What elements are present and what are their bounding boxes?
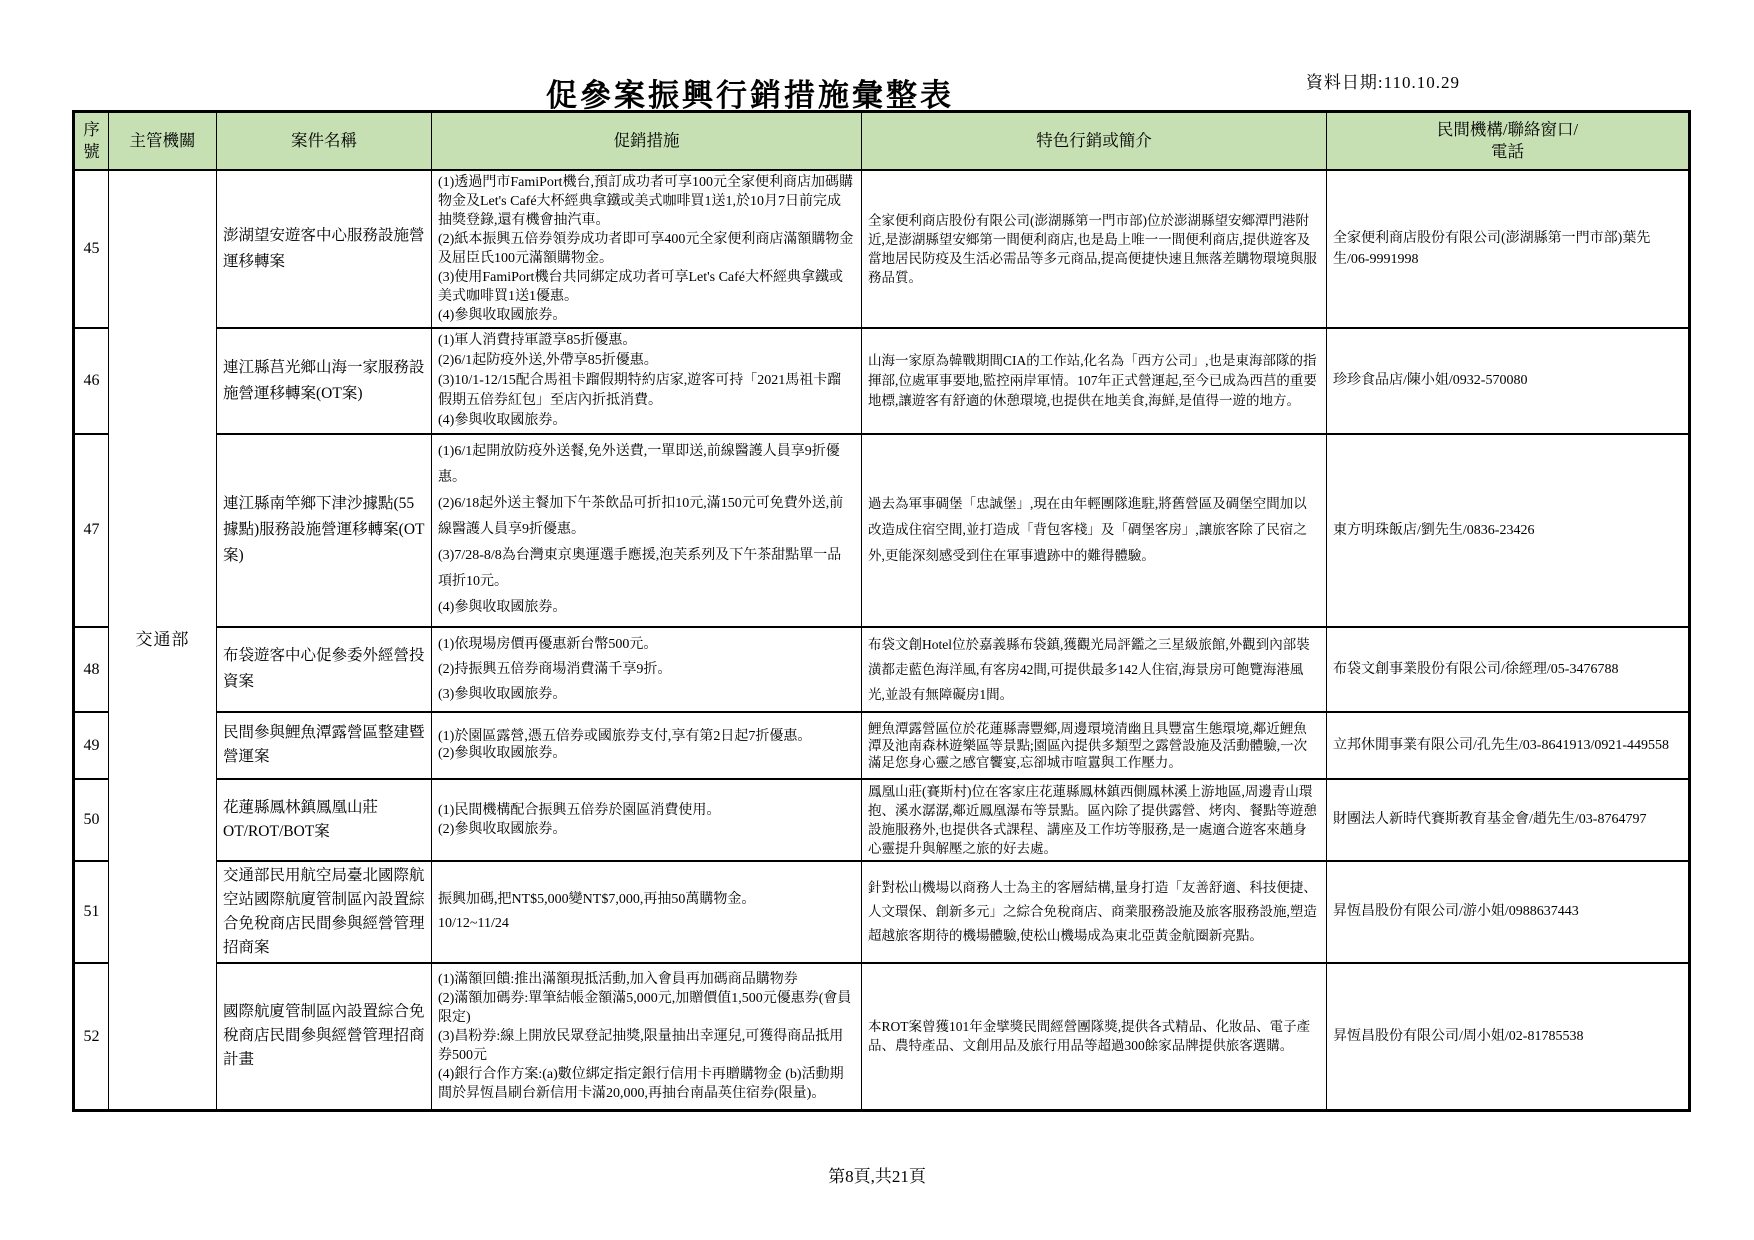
measures-cell: (1)依現場房價再優惠新台幣500元。 (2)持振興五倍券商場消費滿千享9折。 … xyxy=(432,627,862,712)
case-name-cell: 國際航廈管制區內設置綜合免稅商店民間參與經營管理招商計畫 xyxy=(217,963,432,1111)
contact-cell: 珍珍食品店/陳小姐/0932-570080 xyxy=(1327,328,1690,434)
serial-cell: 51 xyxy=(74,861,109,963)
data-date-label: 資料日期:110.10.29 xyxy=(1306,68,1460,93)
case-name-cell: 布袋遊客中心促參委外經營投資案 xyxy=(217,627,432,712)
contact-cell: 全家便利商店股份有限公司(澎湖縣第一門市部)葉先生/06-9991998 xyxy=(1327,170,1690,328)
contact-cell: 昇恆昌股份有限公司/周小姐/02-81785538 xyxy=(1327,963,1690,1111)
contact-cell: 昇恆昌股份有限公司/游小姐/0988637443 xyxy=(1327,861,1690,963)
serial-cell: 45 xyxy=(74,170,109,328)
contact-cell: 布袋文創事業股份有限公司/徐經理/05-3476788 xyxy=(1327,627,1690,712)
measures-cell: (1)滿額回饋:推出滿額現抵活動,加入會員再加碼商品購物券 (2)滿額加碼券:單… xyxy=(432,963,862,1111)
serial-cell: 46 xyxy=(74,328,109,434)
measures-cell: 振興加碼,把NT$5,000變NT$7,000,再抽50萬購物金。 10/12~… xyxy=(432,861,862,963)
summary-table: 序號 主管機關 案件名稱 促銷措施 特色行銷或簡介 民間機構/聯絡窗口/ 電話 … xyxy=(72,110,1691,1112)
agency-cell: 交通部 xyxy=(109,170,217,1111)
page-header: 促參案振興行銷措施彙整表 資料日期:110.10.29 xyxy=(72,58,1688,108)
header-case-name: 案件名稱 xyxy=(217,112,432,170)
feature-cell: 布袋文創Hotel位於嘉義縣布袋鎮,獲觀光局評鑑之三星級旅館,外觀到內部裝潢都走… xyxy=(862,627,1327,712)
table-row: 48 布袋遊客中心促參委外經營投資案 (1)依現場房價再優惠新台幣500元。 (… xyxy=(74,627,1690,712)
header-row: 序號 主管機關 案件名稱 促銷措施 特色行銷或簡介 民間機構/聯絡窗口/ 電話 xyxy=(74,112,1690,170)
serial-cell: 49 xyxy=(74,712,109,779)
table-row: 50 花蓮縣鳳林鎮鳳凰山莊 OT/ROT/BOT案 (1)民間機構配合振興五倍券… xyxy=(74,779,1690,861)
header-serial: 序號 xyxy=(74,112,109,170)
case-name-cell: 民間參與鯉魚潭露營區整建暨營運案 xyxy=(217,712,432,779)
table-row: 51 交通部民用航空局臺北國際航空站國際航廈管制區內設置綜合免稅商店民間參與經營… xyxy=(74,861,1690,963)
serial-cell: 48 xyxy=(74,627,109,712)
header-agency: 主管機關 xyxy=(109,112,217,170)
contact-cell: 立邦休閒事業有限公司/孔先生/03-8641913/0921-449558 xyxy=(1327,712,1690,779)
feature-cell: 鳳凰山莊(賽斯村)位在客家庄花蓮縣鳳林鎮西側鳳林溪上游地區,周邊青山環抱、溪水潺… xyxy=(862,779,1327,861)
case-name-cell: 連江縣南竿鄉下津沙據點(55據點)服務設施營運移轉案(OT案) xyxy=(217,434,432,627)
serial-cell: 52 xyxy=(74,963,109,1111)
feature-cell: 鯉魚潭露營區位於花蓮縣壽豐鄉,周邊環境清幽且具豐富生態環境,鄰近鯉魚潭及池南森林… xyxy=(862,712,1327,779)
measures-cell: (1)6/1起開放防疫外送餐,免外送費,一單即送,前線醫護人員享9折優惠。 (2… xyxy=(432,434,862,627)
measures-cell: (1)軍人消費持軍證享85折優惠。 (2)6/1起防疫外送,外帶享85折優惠。 … xyxy=(432,328,862,434)
header-feature: 特色行銷或簡介 xyxy=(862,112,1327,170)
page-title: 促參案振興行銷措施彙整表 xyxy=(72,70,1428,115)
measures-cell: (1)於園區露營,憑五倍券或國旅券支付,享有第2日起7折優惠。 (2)參與收取國… xyxy=(432,712,862,779)
serial-cell: 47 xyxy=(74,434,109,627)
case-name-cell: 交通部民用航空局臺北國際航空站國際航廈管制區內設置綜合免稅商店民間參與經營管理招… xyxy=(217,861,432,963)
measures-cell: (1)民間機構配合振興五倍券於園區消費使用。 (2)參與收取國旅券。 xyxy=(432,779,862,861)
table-row: 46 連江縣莒光鄉山海一家服務設施營運移轉案(OT案) (1)軍人消費持軍證享8… xyxy=(74,328,1690,434)
feature-cell: 全家便利商店股份有限公司(澎湖縣第一門市部)位於澎湖縣望安鄉潭門港附近,是澎湖縣… xyxy=(862,170,1327,328)
summary-table-container: 序號 主管機關 案件名稱 促銷措施 特色行銷或簡介 民間機構/聯絡窗口/ 電話 … xyxy=(72,110,1688,1112)
feature-cell: 過去為軍事碉堡「忠誠堡」,現在由年輕團隊進駐,將舊營區及碉堡空間加以改造成住宿空… xyxy=(862,434,1327,627)
table-row: 45 交通部 澎湖望安遊客中心服務設施營運移轉案 (1)透過門市FamiPort… xyxy=(74,170,1690,328)
page-footer: 第8頁,共21頁 xyxy=(0,1162,1754,1187)
table-row: 47 連江縣南竿鄉下津沙據點(55據點)服務設施營運移轉案(OT案) (1)6/… xyxy=(74,434,1690,627)
feature-cell: 針對松山機場以商務人士為主的客層結構,量身打造「友善舒適、科技便捷、人文環保、創… xyxy=(862,861,1327,963)
table-row: 52 國際航廈管制區內設置綜合免稅商店民間參與經營管理招商計畫 (1)滿額回饋:… xyxy=(74,963,1690,1111)
case-name-cell: 花蓮縣鳳林鎮鳳凰山莊 OT/ROT/BOT案 xyxy=(217,779,432,861)
feature-cell: 本ROT案曾獲101年金擘獎民間經營團隊獎,提供各式精品、化妝品、電子產品、農特… xyxy=(862,963,1327,1111)
contact-cell: 財團法人新時代賽斯教育基金會/趙先生/03-8764797 xyxy=(1327,779,1690,861)
contact-cell: 東方明珠飯店/劉先生/0836-23426 xyxy=(1327,434,1690,627)
header-measures: 促銷措施 xyxy=(432,112,862,170)
feature-cell: 山海一家原為韓戰期間CIA的工作站,化名為「西方公司」,也是東海部隊的指揮部,位… xyxy=(862,328,1327,434)
serial-cell: 50 xyxy=(74,779,109,861)
case-name-cell: 連江縣莒光鄉山海一家服務設施營運移轉案(OT案) xyxy=(217,328,432,434)
table-row: 49 民間參與鯉魚潭露營區整建暨營運案 (1)於園區露營,憑五倍券或國旅券支付,… xyxy=(74,712,1690,779)
measures-cell: (1)透過門市FamiPort機台,預訂成功者可享100元全家便利商店加碼購物金… xyxy=(432,170,862,328)
case-name-cell: 澎湖望安遊客中心服務設施營運移轉案 xyxy=(217,170,432,328)
header-contact: 民間機構/聯絡窗口/ 電話 xyxy=(1327,112,1690,170)
